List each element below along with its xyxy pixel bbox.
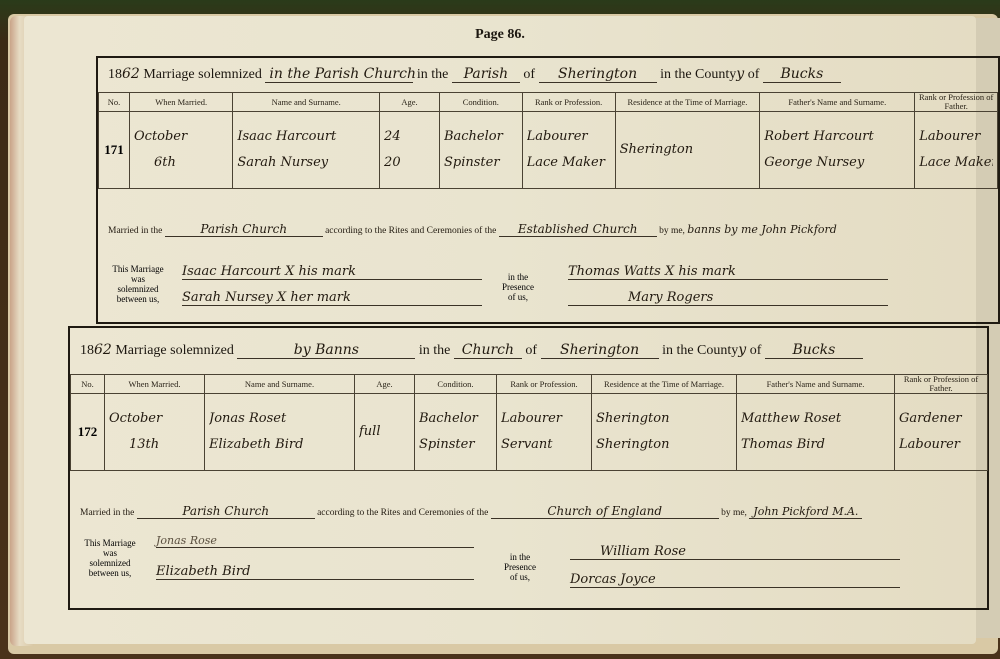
ages: 2420 <box>380 112 440 189</box>
column-headers: No.When Married.Name and Surname.Age.Con… <box>71 375 988 394</box>
residences: Sherington <box>615 112 760 189</box>
father-ranks: GardenerLabourer <box>895 394 988 471</box>
party-signature-2: Elizabeth Bird <box>156 564 474 580</box>
entry-heading: 1862 Marriage solemnized in the Parish C… <box>108 66 841 83</box>
residences: SheringtonSherington <box>592 394 737 471</box>
when-married: October13th <box>105 394 205 471</box>
county-name: Bucks <box>763 66 841 83</box>
names: Isaac HarcourtSarah Nursey <box>233 112 380 189</box>
marriage-entry-171: 1862 Marriage solemnized in the Parish C… <box>96 56 1000 324</box>
ranks: LabourerLace Maker <box>522 112 615 189</box>
party-signature-2: Sarah Nursey X her mark <box>182 290 482 306</box>
married-in-line: Married in the Parish Church according t… <box>108 222 837 237</box>
page-number: Page 86. <box>24 27 976 43</box>
table-row: 172 October13th Jonas RosetElizabeth Bir… <box>71 394 988 471</box>
between-us-label: This Marriagewassolemnizedbetween us, <box>102 264 174 304</box>
conditions: BachelorSpinster <box>415 394 497 471</box>
party-signature-1: Jonas Rose <box>156 534 474 548</box>
names: Jonas RosetElizabeth Bird <box>205 394 355 471</box>
table-row: 171 October6th Isaac HarcourtSarah Nurse… <box>99 112 998 189</box>
presence-label: in thePresenceof us, <box>490 552 550 582</box>
register-table: No.When Married.Name and Surname.Age.Con… <box>70 374 988 471</box>
marriage-entry-172: 1862 Marriage solemnized by Banns in the… <box>68 326 989 610</box>
father-ranks: LabourerLace Maker <box>915 112 998 189</box>
fathers: Robert HarcourtGeorge Nursey <box>760 112 915 189</box>
fathers: Matthew RosetThomas Bird <box>737 394 895 471</box>
entry-number: 171 <box>99 112 130 189</box>
year-suffix: 62 <box>122 66 140 82</box>
witness-signature-1: William Rose <box>570 544 900 560</box>
witness-signature-2: Dorcas Joyce <box>570 572 900 588</box>
ranks: LabourerServant <box>497 394 592 471</box>
between-us-label: This Marriagewassolemnizedbetween us, <box>74 538 146 578</box>
presence-label: in thePresenceof us, <box>488 272 548 302</box>
when-married: October6th <box>130 112 233 189</box>
column-headers: No.When Married.Name and Surname.Age.Con… <box>99 93 998 112</box>
party-signature-1: Isaac Harcourt X his mark <box>182 264 482 280</box>
register-table: No.When Married.Name and Surname.Age.Con… <box>98 92 998 189</box>
solemnized-where: in the Parish Church <box>265 66 413 83</box>
register-page: Page 86. 1862 Marriage solemnized in the… <box>24 16 976 644</box>
place-name: Sherington <box>539 66 657 83</box>
married-in-line: Married in the Parish Church according t… <box>80 504 862 519</box>
witness-signature-2: Mary Rogers <box>568 290 888 306</box>
ages: full <box>355 394 415 471</box>
entry-heading: 1862 Marriage solemnized by Banns in the… <box>80 342 863 359</box>
conditions: BachelorSpinster <box>439 112 522 189</box>
place-type: Parish <box>452 66 520 83</box>
witness-signature-1: Thomas Watts X his mark <box>568 264 888 280</box>
entry-number: 172 <box>71 394 105 471</box>
